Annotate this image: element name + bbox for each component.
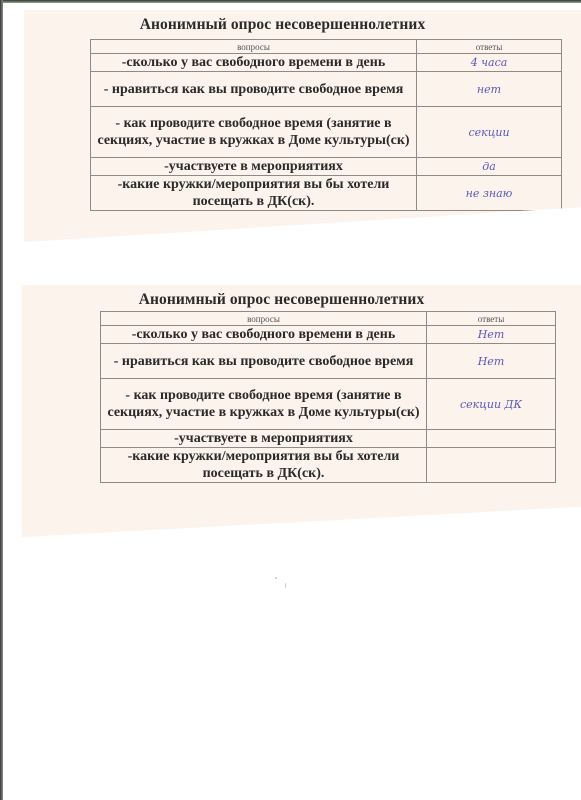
questions-header: вопросы	[101, 312, 427, 326]
table-row: -сколько у вас свободного времени в день…	[101, 326, 556, 344]
table-row: - нравиться как вы проводите свободное в…	[91, 72, 562, 107]
table-header-row: вопросы ответы	[101, 312, 556, 326]
question-cell: - как проводите свободное время (занятие…	[91, 107, 417, 158]
question-cell: -участвуете в мероприятиях	[101, 430, 427, 448]
table-row: -сколько у вас свободного времени в день…	[91, 54, 562, 72]
answer-cell: не знаю	[417, 176, 562, 211]
survey-table: вопросы ответы -сколько у вас свободного…	[90, 39, 562, 211]
question-cell: -сколько у вас свободного времени в день	[101, 326, 427, 344]
question-cell: -сколько у вас свободного времени в день	[91, 54, 417, 72]
question-cell: -какие кружки/мероприятия вы бы хотели п…	[101, 448, 427, 483]
table-row: -какие кружки/мероприятия вы бы хотели п…	[101, 448, 556, 483]
table-row: - как проводите свободное время (занятие…	[91, 107, 562, 158]
question-cell: - нравиться как вы проводите свободное в…	[91, 72, 417, 107]
survey-slip-2: Анонимный опрос несовершеннолетних вопро…	[22, 285, 581, 537]
scan-speck	[275, 577, 277, 579]
answer-cell	[427, 448, 556, 483]
question-cell: -участвуете в мероприятиях	[91, 158, 417, 176]
answer-cell: 4 часа	[417, 54, 562, 72]
table-row: -какие кружки/мероприятия вы бы хотели п…	[91, 176, 562, 211]
table-header-row: вопросы ответы	[91, 40, 562, 54]
answer-cell: Нет	[427, 326, 556, 344]
table-row: -участвуете в мероприятиях	[101, 430, 556, 448]
questions-header: вопросы	[91, 40, 417, 54]
answer-cell: Нет	[427, 344, 556, 379]
table-row: - как проводите свободное время (занятие…	[101, 379, 556, 430]
scan-edge-left	[0, 0, 3, 800]
scan-speck	[285, 583, 286, 588]
table-row: -участвуете в мероприятиях да	[91, 158, 562, 176]
slip-title: Анонимный опрос несовершеннолетних	[2, 291, 561, 309]
question-cell: - как проводите свободное время (занятие…	[101, 379, 427, 430]
answers-header: ответы	[427, 312, 556, 326]
survey-slip-1: Анонимный опрос несовершеннолетних вопро…	[24, 10, 581, 242]
question-cell: -какие кружки/мероприятия вы бы хотели п…	[91, 176, 417, 211]
answer-cell: нет	[417, 72, 562, 107]
slip-title: Анонимный опрос несовершеннолетних	[4, 16, 561, 34]
answer-cell	[427, 430, 556, 448]
question-cell: - нравиться как вы проводите свободное в…	[101, 344, 427, 379]
scan-edge-top	[0, 0, 581, 3]
answer-cell: секции	[417, 107, 562, 158]
answers-header: ответы	[417, 40, 562, 54]
table-row: - нравиться как вы проводите свободное в…	[101, 344, 556, 379]
survey-table: вопросы ответы -сколько у вас свободного…	[100, 311, 556, 483]
answer-cell: да	[417, 158, 562, 176]
answer-cell: секции ДК	[427, 379, 556, 430]
